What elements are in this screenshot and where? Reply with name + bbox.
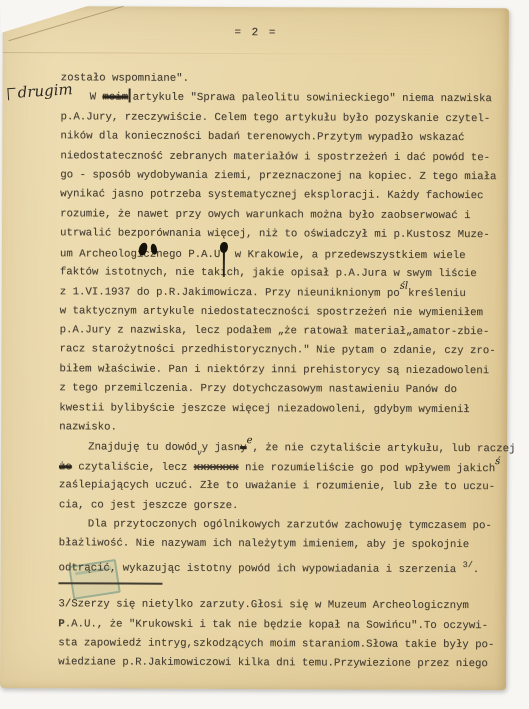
typed-text: wiedziane p.R.Jakimowiczowi kilka dni te… bbox=[58, 657, 488, 671]
typed-text: nego P.A.U bbox=[156, 248, 220, 260]
body-lines: zostało wspomniane".W moimartykule "Spra… bbox=[59, 69, 509, 575]
typed-text: ników dla konieczności badań terenowych.… bbox=[60, 130, 464, 144]
typed-text: Dla przytoczonych ogólnikowych zarzutów … bbox=[88, 518, 492, 532]
footnote: 3/Szerzy się nietylko zarzuty.Głosi się … bbox=[58, 595, 506, 675]
scan-background: = 2 = drugim zostało wspomniane".W moima… bbox=[0, 0, 529, 709]
page-number: = 2 = bbox=[3, 26, 509, 40]
typed-text: Znajduję tu dowód bbox=[88, 442, 197, 454]
body-line: Znajduję tu dowódvy jasnye, że nie czyta… bbox=[59, 438, 507, 459]
struck-out-text: moim bbox=[102, 92, 128, 104]
footnote-line: sta zapowiedź intryg,szkodzących moim st… bbox=[58, 634, 506, 655]
typed-text: odtrącić, wykazując istotny powód ich wy… bbox=[59, 562, 463, 576]
typed-text: artykule "Sprawa paleolitu sowinieckiego… bbox=[133, 92, 492, 106]
body-line: Dla przytoczonych ogólnikowych zarzutów … bbox=[59, 515, 507, 536]
body-line: W moimartykule "Sprawa paleolitu sowinie… bbox=[61, 89, 509, 110]
typed-text: um Archeolog bbox=[60, 248, 137, 260]
typed-text: czytaliście, lecz bbox=[72, 461, 194, 474]
typed-text: z tego przemilczenia. Przy dotychczasowy… bbox=[59, 382, 457, 396]
body-line: w taktycznym artykule niedostateczności … bbox=[60, 302, 508, 323]
struck-out-text: że bbox=[59, 461, 72, 473]
typed-text: błażliwość. Nie nazywam ich należytym im… bbox=[59, 538, 470, 552]
body-line: racz starożytności przedhistorycznych." … bbox=[59, 341, 507, 362]
typed-text: biłem właściwie. Pan i niektórzy inni pr… bbox=[59, 363, 489, 377]
body-line: zaślepiających uczuć. Złe to uważanie i … bbox=[59, 476, 507, 497]
typed-text: rozumie, że nawet przy owych warunkach m… bbox=[60, 208, 471, 222]
footnote-line: P.A.U., że "Krukowski i tak nie będzie k… bbox=[58, 615, 506, 636]
typed-text: p.A.Jury z nazwiska, lecz podałem „że ra… bbox=[60, 324, 490, 338]
typed-text: nazwisko. bbox=[59, 421, 117, 433]
body-line: cia, co jest jeszcze gorsze. bbox=[59, 496, 507, 517]
body-line: że czytaliście, lecz xxxxxxx nie rozumie… bbox=[59, 457, 507, 478]
typed-text: p.A.Jury, rzeczywiście. Celem tego artyk… bbox=[60, 111, 490, 125]
footnote-separator bbox=[58, 582, 162, 584]
insertion-mark-icon bbox=[7, 88, 16, 100]
body-line: faktów istotnych, nie takich, jakie opis… bbox=[60, 263, 508, 284]
handwritten-correction: ś bbox=[495, 456, 500, 467]
paper: = 2 = drugim zostało wspomniane".W moima… bbox=[0, 6, 509, 690]
typed-text: utrwalić bezporównania więcej, niż to oś… bbox=[60, 227, 490, 241]
typed-text: kwestii bylibyście jeszcze więcej niezad… bbox=[59, 402, 470, 416]
typed-text: w Krakowie, a przedewszystkiem wiele bbox=[228, 249, 465, 262]
typed-text: zaślepiających uczuć. Złe to uważanie i … bbox=[59, 479, 495, 493]
typed-text: go - sposób wydobywania ziemi, przeznacz… bbox=[60, 169, 496, 183]
body-line: rozumie, że nawet przy owych warunkach m… bbox=[60, 205, 508, 226]
x-ed-out-text: xxxxxxx bbox=[194, 462, 239, 474]
insertion-mark-icon bbox=[129, 89, 131, 103]
typed-text: wynikać jasno potrzeba systematycznej ek… bbox=[60, 189, 483, 203]
typed-text: faktów istotnych, nie takich, jakie opis… bbox=[60, 266, 477, 280]
typed-text: niedostateczność zebranych materiałów i … bbox=[60, 150, 490, 164]
typed-text: , że nie czytaliście artykułu, lub racze… bbox=[252, 443, 515, 456]
body-line: nazwisko. bbox=[59, 418, 507, 439]
typewritten-body: zostało wspomniane".W moimartykule "Spra… bbox=[58, 69, 509, 675]
typed-text: nie rozumieliście go pod wpływem jakich bbox=[239, 462, 496, 475]
body-line: p.A.Jury, rzeczywiście. Celem tego artyk… bbox=[60, 108, 508, 129]
body-line: ników dla konieczności badań terenowych.… bbox=[60, 127, 508, 148]
typed-text: w taktycznym artykule niedostateczności … bbox=[60, 305, 483, 319]
typed-text: . bbox=[473, 564, 479, 576]
typed-text: W bbox=[90, 92, 103, 104]
body-line: p.A.Jury z nazwiska, lecz podałem „że ra… bbox=[60, 321, 508, 342]
typed-text: z 1.VI.1937 do p.R.Jakimowicza. Przy nie… bbox=[60, 287, 400, 300]
typed-text: racz starożytności przedhistorycznych." … bbox=[59, 344, 495, 358]
footnote-reference: 3/ bbox=[463, 560, 473, 570]
typed-text: 3/Szerzy się nietylko zarzuty.Głosi się … bbox=[58, 598, 469, 612]
body-line: biłem właściwie. Pan i niektórzy inni pr… bbox=[59, 360, 507, 381]
typed-text: y jasn bbox=[202, 442, 241, 454]
ink-blot-icon: icz bbox=[137, 245, 156, 264]
typed-text: cia, co jest jeszcze gorsze. bbox=[59, 499, 239, 512]
handwritten-correction: e bbox=[247, 435, 253, 446]
typed-text: .A.U., że "Krukowski i tak nie będzie ko… bbox=[65, 618, 488, 632]
body-line: utrwalić bezporównania więcej, niż to oś… bbox=[60, 224, 508, 245]
crease-line bbox=[3, 52, 509, 55]
handwritten-caret: v bbox=[197, 448, 202, 457]
footnote-line: 3/Szerzy się nietylko zarzuty.Głosi się … bbox=[58, 595, 506, 616]
body-line: niedostateczność zebranych materiałów i … bbox=[60, 147, 508, 168]
typed-text: zostało wspomniane". bbox=[61, 72, 189, 85]
handwritten-correction: śl bbox=[400, 281, 408, 292]
body-line: z tego przemilczenia. Przy dotychczasowy… bbox=[59, 379, 507, 400]
body-line: wynikać jasno potrzeba systematycznej ek… bbox=[60, 186, 508, 207]
body-line: zostało wspomniane". bbox=[61, 69, 509, 90]
body-line: go - sposób wydobywania ziemi, przeznacz… bbox=[60, 166, 508, 187]
body-line: błażliwość. Nie nazywam ich należytym im… bbox=[59, 535, 507, 556]
ink-blot-icon bbox=[220, 244, 228, 256]
body-line: kwestii bylibyście jeszcze więcej niezad… bbox=[59, 399, 507, 420]
body-line: odtrącić, wykazując istotny powód ich wy… bbox=[59, 554, 507, 575]
body-line: um Archeologicznego P.A.U w Krakowie, a … bbox=[60, 244, 508, 265]
typed-text: sta zapowiedź intryg,szkodzących moim st… bbox=[58, 637, 494, 651]
body-line: z 1.VI.1937 do p.R.Jakimowicza. Przy nie… bbox=[60, 283, 508, 304]
typed-text: kreśleniu bbox=[408, 288, 466, 300]
footnote-line: wiedziane p.R.Jakimowiczowi kilka dni te… bbox=[58, 654, 506, 675]
